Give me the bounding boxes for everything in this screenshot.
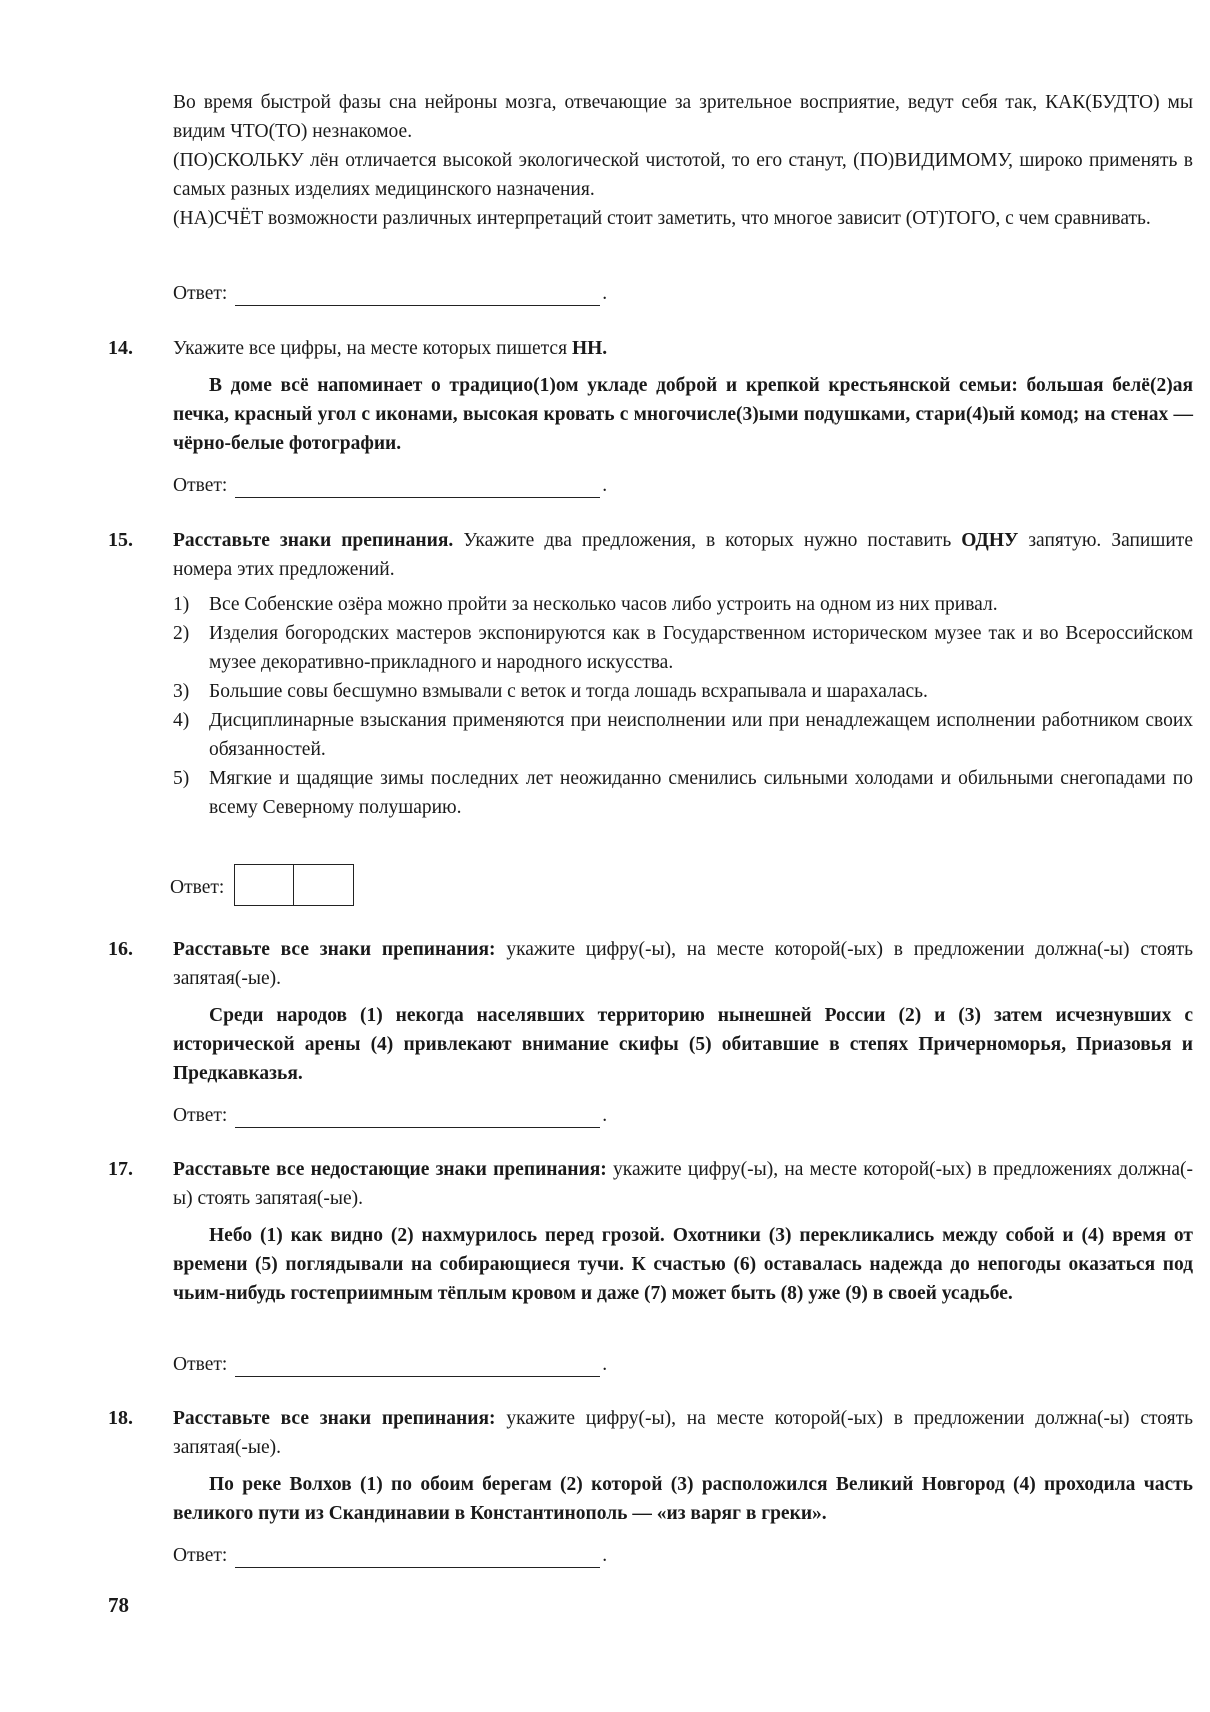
option-text: Мягкие и щадящие зимы последних лет неож… — [209, 768, 1193, 818]
task-17-answer-field[interactable] — [235, 1356, 600, 1377]
task-text: Среди народов (1) некогда населявших тер… — [173, 1001, 1193, 1088]
option-2: 2)Изделия богородских мастеров экспониру… — [173, 619, 1193, 677]
answer-label: Ответ: — [173, 1104, 227, 1128]
option-text: Изделия богородских мастеров экспонируют… — [209, 623, 1193, 673]
task-17-answer: Ответ: . — [173, 1353, 607, 1377]
instruction-emphasis: НН. — [572, 338, 607, 359]
task-number: 16. — [108, 935, 133, 964]
task-13-sentence-3: (НА)СЧЁТ возможности различных интерпрет… — [173, 204, 1193, 233]
task-instruction: Расставьте знаки препинания. Укажите два… — [173, 526, 1193, 584]
task-13-sentence-1: Во время быстрой фазы сна нейроны мозга,… — [173, 88, 1193, 146]
task-16: 16. Расставьте все знаки препинания: ука… — [108, 935, 1193, 1088]
option-number: 1) — [173, 590, 189, 619]
task-16-answer: Ответ: . — [173, 1104, 607, 1128]
instruction-bold: Расставьте знаки препинания. — [173, 530, 453, 551]
workbook-page: Во время быстрой фазы сна нейроны мозга,… — [0, 0, 1210, 1712]
option-number: 2) — [173, 619, 189, 648]
answer-end-dot: . — [602, 474, 607, 498]
task-instruction: Расставьте все знаки препинания: укажите… — [173, 935, 1193, 993]
instruction-bold: Расставьте все знаки препинания: — [173, 1408, 496, 1429]
instruction-bold: Расставьте все знаки препинания: — [173, 939, 496, 960]
option-text: Большие совы бесшумно взмывали с веток и… — [209, 681, 928, 702]
option-4: 4)Дисциплинарные взыскания применяются п… — [173, 706, 1193, 764]
task-instruction: Укажите все цифры, на месте которых пише… — [173, 334, 1193, 363]
task-number: 17. — [108, 1155, 133, 1184]
task-number: 18. — [108, 1404, 133, 1433]
answer-boxes — [234, 864, 354, 906]
task-13-answer-field[interactable] — [235, 285, 600, 306]
option-text: Дисциплинарные взыскания применяются при… — [209, 710, 1193, 760]
task-14-answer-field[interactable] — [235, 477, 600, 498]
task-13-sentences: Во время быстрой фазы сна нейроны мозга,… — [173, 88, 1193, 233]
option-number: 5) — [173, 764, 189, 793]
task-13-sentence-2: (ПО)СКОЛЬКУ лён отличается высокой эколо… — [173, 146, 1193, 204]
instruction-emphasis: ОДНУ — [961, 530, 1018, 551]
option-number: 4) — [173, 706, 189, 735]
task-instruction: Расставьте все недостающие знаки препина… — [173, 1155, 1193, 1213]
task-instruction: Расставьте все знаки препинания: укажите… — [173, 1404, 1193, 1462]
answer-cell-2[interactable] — [294, 864, 354, 906]
task-number: 14. — [108, 334, 133, 363]
task-18-answer-field[interactable] — [235, 1547, 600, 1568]
task-text: По реке Волхов (1) по обоим берегам (2) … — [173, 1470, 1193, 1528]
answer-label: Ответ: — [173, 282, 227, 306]
instruction-text: Укажите два предложения, в которых нужно… — [453, 530, 961, 551]
task-17: 17. Расставьте все недостающие знаки пре… — [108, 1155, 1193, 1308]
answer-end-dot: . — [602, 1544, 607, 1568]
task-text: В доме всё напоминает о традицио(1)ом ук… — [173, 371, 1193, 458]
answer-end-dot: . — [602, 282, 607, 306]
answer-label: Ответ: — [173, 474, 227, 498]
answer-label: Ответ: — [173, 1353, 227, 1377]
answer-label: Ответ: — [173, 1544, 227, 1568]
page-number: 78 — [108, 1593, 129, 1618]
answer-cell-1[interactable] — [234, 864, 294, 906]
answer-label: Ответ: — [170, 876, 224, 906]
task-14-answer: Ответ: . — [173, 474, 607, 498]
task-15-answer: Ответ: — [170, 864, 354, 906]
task-14: 14. Укажите все цифры, на месте которых … — [108, 334, 1193, 458]
option-text: Все Собенские озёра можно пройти за неск… — [209, 594, 998, 615]
task-13-answer: Ответ: . — [173, 282, 607, 306]
task-18: 18. Расставьте все знаки препинания: ука… — [108, 1404, 1193, 1528]
option-3: 3)Большие совы бесшумно взмывали с веток… — [173, 677, 1193, 706]
task-18-answer: Ответ: . — [173, 1544, 607, 1568]
task-16-answer-field[interactable] — [235, 1107, 600, 1128]
instruction-text: Укажите все цифры, на месте которых пише… — [173, 338, 572, 359]
answer-end-dot: . — [602, 1353, 607, 1377]
option-1: 1)Все Собенские озёра можно пройти за не… — [173, 590, 1193, 619]
task-text: Небо (1) как видно (2) нахмурилось перед… — [173, 1221, 1193, 1308]
task-number: 15. — [108, 526, 133, 555]
options-list: 1)Все Собенские озёра можно пройти за не… — [173, 590, 1193, 822]
option-5: 5)Мягкие и щадящие зимы последних лет не… — [173, 764, 1193, 822]
answer-end-dot: . — [602, 1104, 607, 1128]
task-15: 15. Расставьте знаки препинания. Укажите… — [108, 526, 1193, 822]
option-number: 3) — [173, 677, 189, 706]
instruction-bold: Расставьте все недостающие знаки препина… — [173, 1159, 607, 1180]
